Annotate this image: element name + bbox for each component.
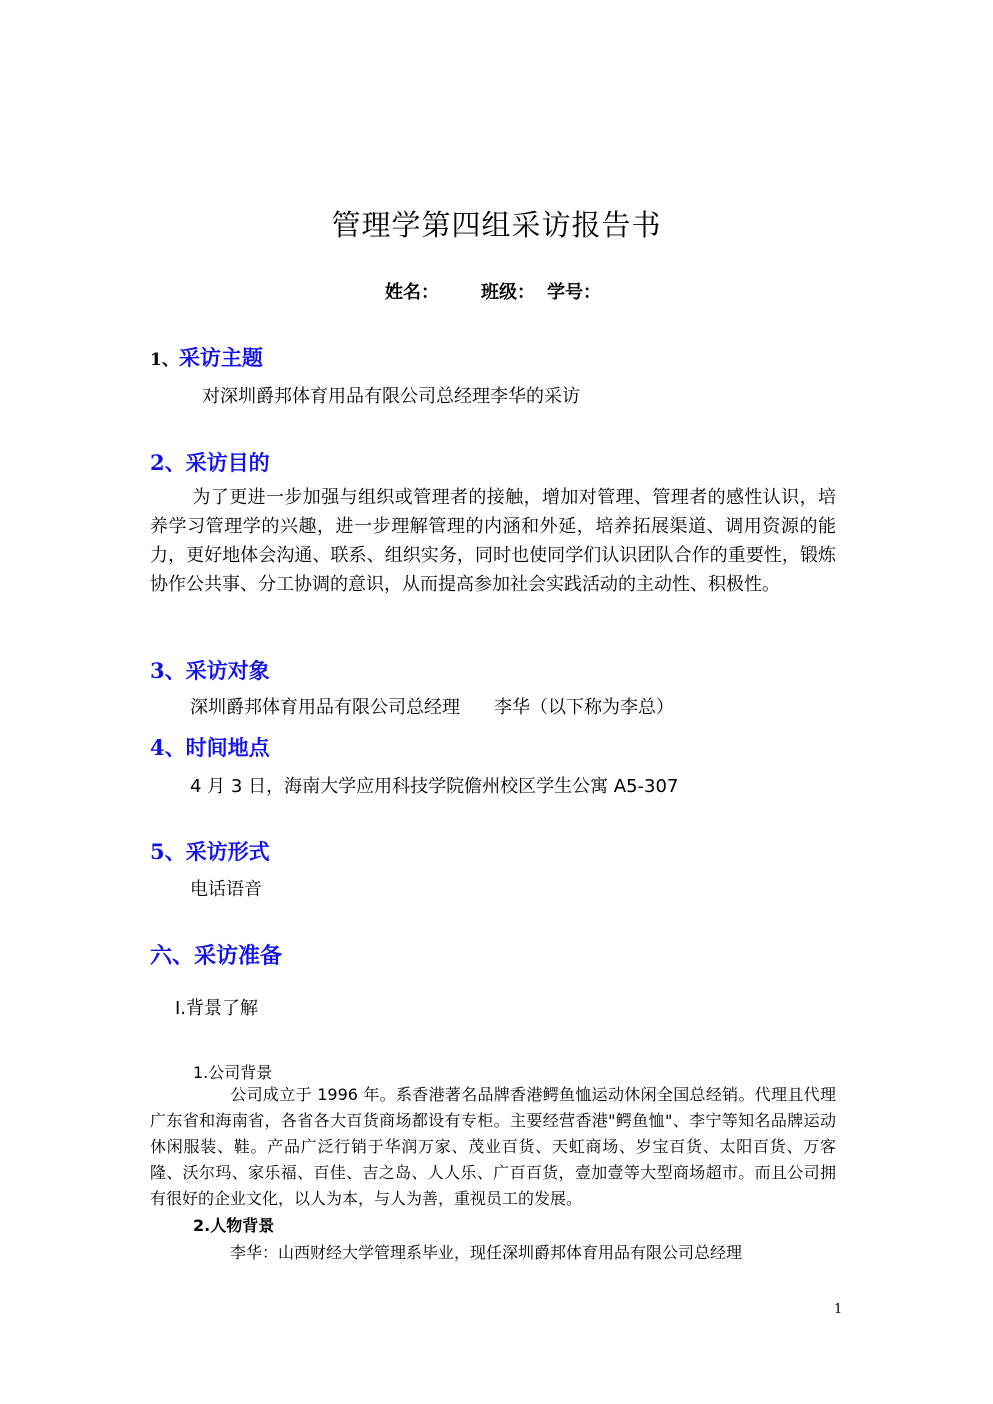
interviewee-name: 李华（以下称为李总） (494, 697, 674, 718)
student-id-label: 学号： (547, 282, 601, 303)
section-number: 5、 (150, 839, 186, 864)
section-number: 1、 (150, 350, 179, 370)
section-heading-3: 3、采访对象 (150, 655, 270, 685)
student-info: 姓名：班级：学号： (385, 278, 601, 304)
section-heading-5: 5、采访形式 (150, 836, 270, 866)
section-heading-6: 六、采访准备 (150, 939, 282, 970)
subsection-background: Ⅰ.背景了解 (175, 994, 258, 1020)
section-title: 采访对象 (186, 658, 270, 683)
class-label: 班级： (481, 282, 535, 303)
section-title: 采访形式 (186, 839, 270, 864)
item-label-company: 1.公司背景 (193, 1060, 272, 1083)
section-heading-1: 1、采访主题 (150, 342, 263, 372)
section-number: 2、 (150, 450, 186, 475)
item-label-person: 2.人物背景 (193, 1213, 274, 1236)
section-title: 采访准备 (194, 943, 282, 969)
section-content-1: 对深圳爵邦体育用品有限公司总经理李华的采访 (202, 382, 580, 408)
interviewee-company: 深圳爵邦体育用品有限公司总经理 (190, 697, 460, 718)
section-content-3: 深圳爵邦体育用品有限公司总经理李华（以下称为李总） (190, 693, 674, 719)
page-title: 管理学第四组采访报告书 (0, 203, 993, 244)
page-number: 1 (834, 1302, 842, 1317)
section-number: 六、 (150, 943, 194, 969)
paragraph-text: 为了更进一步加强与组织或管理者的接触，增加对管理、管理者的感性认识，培养学习管理… (150, 487, 836, 595)
section-content-4: 4 月 3 日，海南大学应用科技学院儋州校区学生公寓 A5-307 (190, 772, 678, 798)
section-number: 4、 (150, 735, 186, 760)
document-page: 管理学第四组采访报告书 姓名：班级：学号： 1、采访主题 对深圳爵邦体育用品有限… (0, 0, 993, 1404)
paragraph-text: 公司成立于 1996 年。系香港著名品牌香港鳄鱼恤运动休闲全国总经销。代理且代理… (150, 1085, 836, 1208)
section-heading-4: 4、时间地点 (150, 732, 270, 762)
section-content-5: 电话语音 (190, 875, 262, 901)
name-label: 姓名： (385, 282, 439, 303)
section-title: 采访目的 (186, 450, 270, 475)
section-title: 时间地点 (186, 735, 270, 760)
section-heading-2: 2、采访目的 (150, 447, 270, 477)
section-title: 采访主题 (179, 345, 263, 370)
section-number: 3、 (150, 658, 186, 683)
section-content-2: 为了更进一步加强与组织或管理者的接触，增加对管理、管理者的感性认识，培养学习管理… (150, 483, 836, 599)
item-content-company: 公司成立于 1996 年。系香港著名品牌香港鳄鱼恤运动休闲全国总经销。代理且代理… (150, 1082, 836, 1212)
item-content-person: 李华：山西财经大学管理系毕业，现任深圳爵邦体育用品有限公司总经理 (230, 1240, 742, 1263)
